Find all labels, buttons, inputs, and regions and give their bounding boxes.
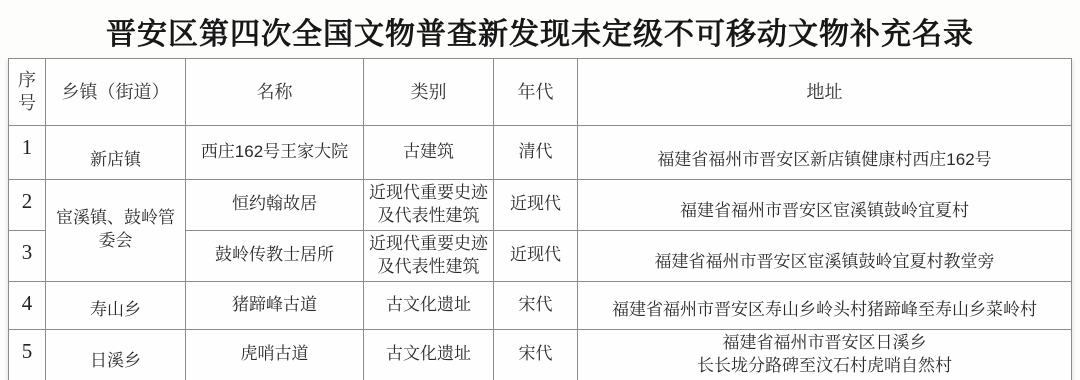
cell-no: 4	[9, 281, 46, 329]
cell-township-merged: 宦溪镇、鼓岭管委会	[46, 180, 186, 282]
cell-category: 古文化遗址	[364, 329, 494, 380]
cell-name: 鼓岭传教士居所	[186, 230, 364, 281]
cell-name: 恒约翰故居	[186, 180, 364, 231]
col-header-era: 年代	[494, 59, 578, 126]
cell-name: 西庄162号王家大院	[186, 126, 364, 180]
cell-no: 2	[9, 180, 46, 231]
cell-address: 福建省福州市晋安区寿山乡岭头村猪蹄峰至寿山乡菜岭村	[578, 281, 1072, 329]
cell-era: 宋代	[494, 329, 578, 380]
table-row: 1 新店镇 西庄162号王家大院 古建筑 清代 福建省福州市晋安区新店镇健康村西…	[9, 126, 1072, 180]
cell-era: 近现代	[494, 230, 578, 281]
scanned-document-page: 晋安区第四次全国文物普查新发现未定级不可移动文物补充名录 序号 乡镇（街道） 名…	[0, 0, 1080, 380]
cell-name: 猪蹄峰古道	[186, 281, 364, 329]
cell-no: 1	[9, 126, 46, 180]
table-row: 4 寿山乡 猪蹄峰古道 古文化遗址 宋代 福建省福州市晋安区寿山乡岭头村猪蹄峰至…	[9, 281, 1072, 329]
table-row: 5 日溪乡 虎哨古道 古文化遗址 宋代 福建省福州市晋安区日溪乡 长长垅分路碑至…	[9, 329, 1072, 380]
table-row: 2 宦溪镇、鼓岭管委会 恒约翰故居 近现代重要史迹及代表性建筑 近现代 福建省福…	[9, 180, 1072, 231]
cell-address: 福建省福州市晋安区新店镇健康村西庄162号	[578, 126, 1072, 180]
relics-table: 序号 乡镇（街道） 名称 类别 年代 地址 1 新店镇 西庄162号王家大院 古…	[8, 58, 1072, 380]
cell-address: 福建省福州市晋安区日溪乡 长长垅分路碑至汶石村虎哨自然村	[578, 329, 1072, 380]
cell-category: 古建筑	[364, 126, 494, 180]
cell-township: 日溪乡	[46, 329, 186, 380]
table-header-row: 序号 乡镇（街道） 名称 类别 年代 地址	[9, 59, 1072, 126]
cell-name: 虎哨古道	[186, 329, 364, 380]
cell-category: 近现代重要史迹及代表性建筑	[364, 180, 494, 231]
cell-township: 新店镇	[46, 126, 186, 180]
col-header-township: 乡镇（街道）	[46, 59, 186, 126]
cell-era: 清代	[494, 126, 578, 180]
cell-address: 福建省福州市晋安区宦溪镇鼓岭宜夏村教堂旁	[578, 230, 1072, 281]
col-header-no: 序号	[9, 59, 46, 126]
col-header-name: 名称	[186, 59, 364, 126]
col-header-address: 地址	[578, 59, 1072, 126]
cell-township: 寿山乡	[46, 281, 186, 329]
cell-era: 宋代	[494, 281, 578, 329]
cell-category: 近现代重要史迹及代表性建筑	[364, 230, 494, 281]
cell-no: 3	[9, 230, 46, 281]
cell-no: 5	[9, 329, 46, 380]
cell-category: 古文化遗址	[364, 281, 494, 329]
col-header-no-label: 序号	[17, 69, 38, 116]
page-title: 晋安区第四次全国文物普查新发现未定级不可移动文物补充名录	[0, 0, 1080, 58]
cell-era: 近现代	[494, 180, 578, 231]
col-header-category: 类别	[364, 59, 494, 126]
cell-address: 福建省福州市晋安区宦溪镇鼓岭宜夏村	[578, 180, 1072, 231]
